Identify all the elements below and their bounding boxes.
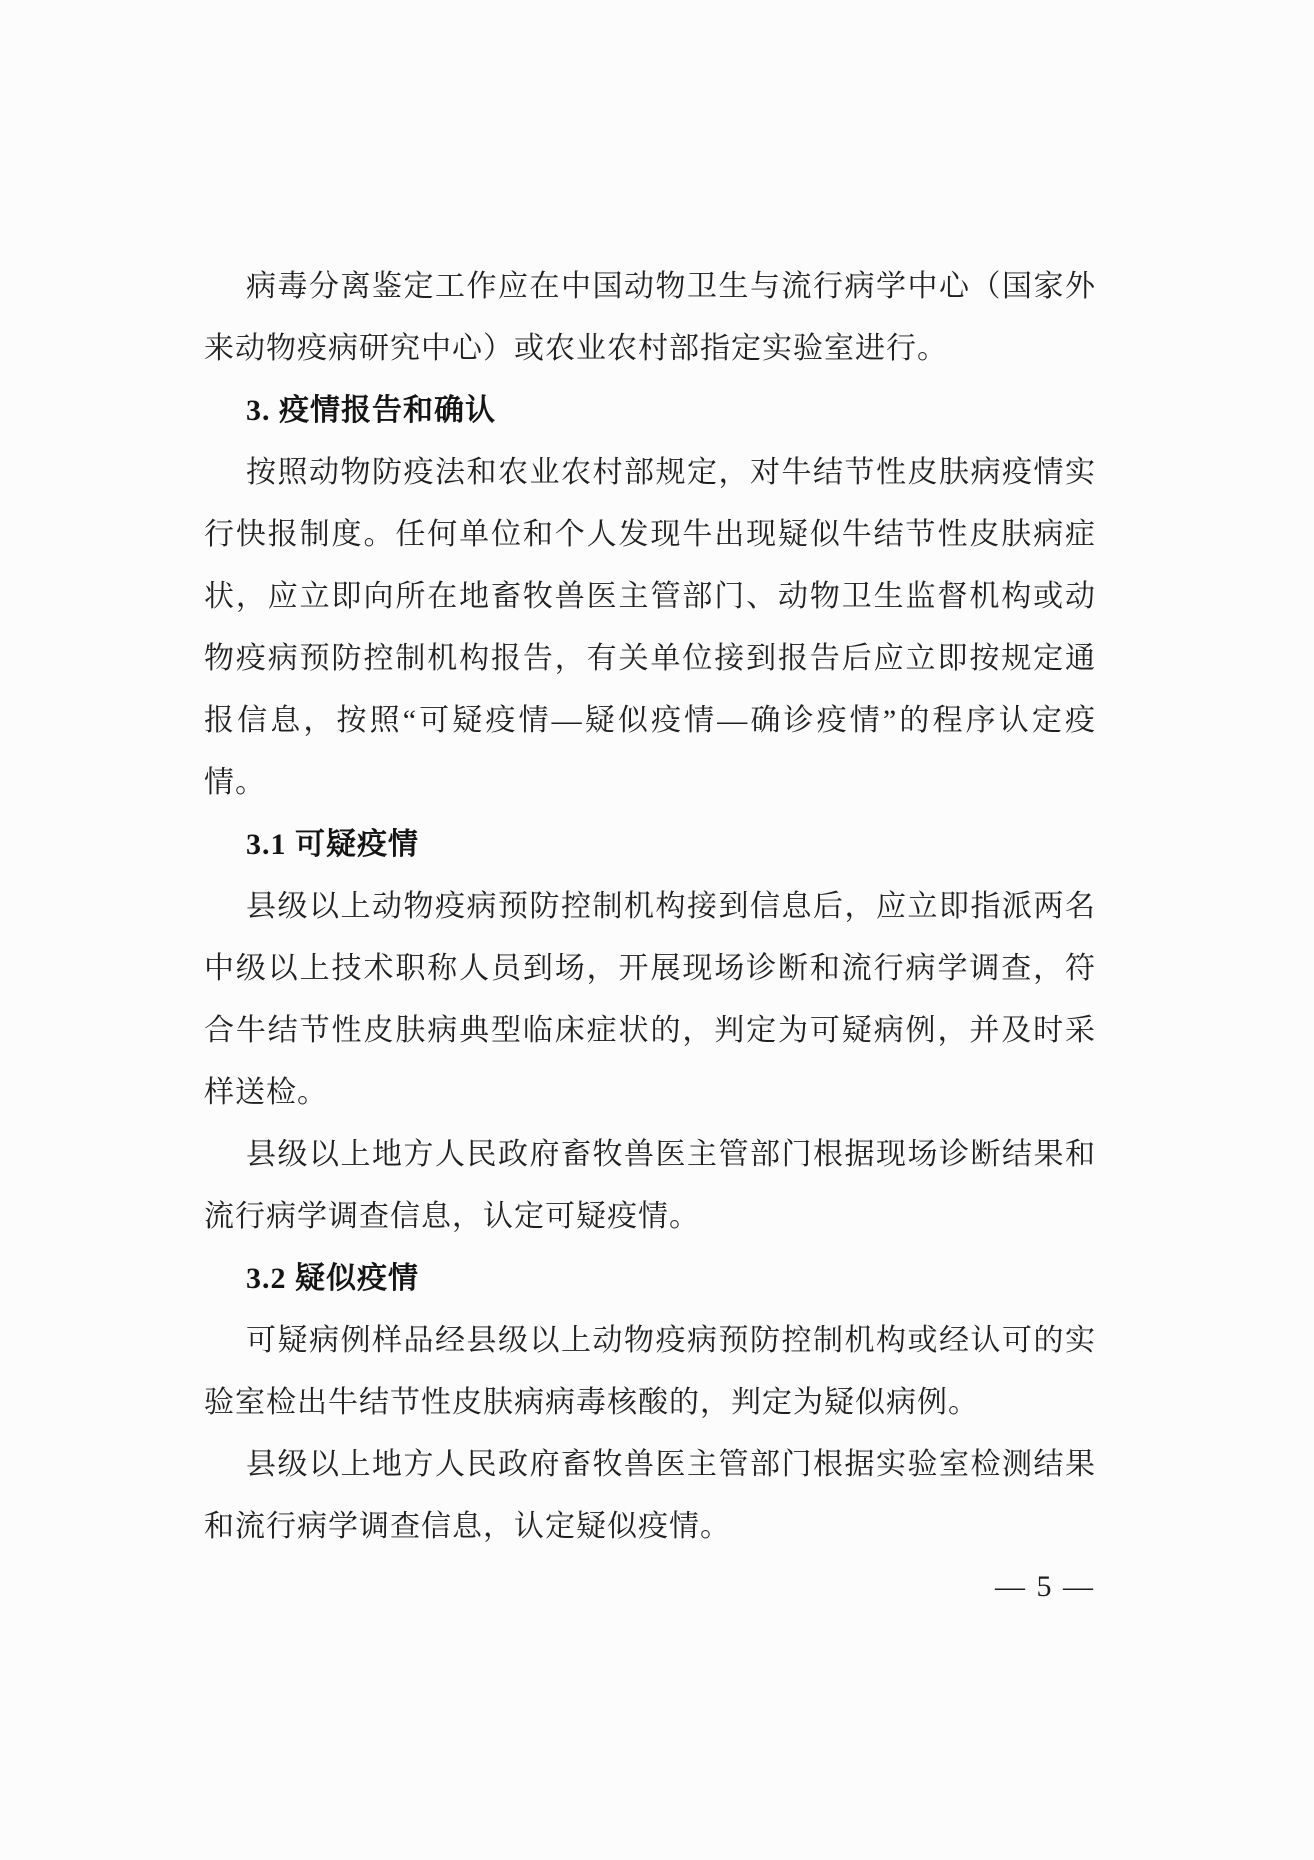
body-paragraph: 按照动物防疫法和农业农村部规定，对牛结节性皮肤病疫情实行快报制度。任何单位和个人… — [204, 442, 1096, 814]
page-footer: — 5 — — [995, 1566, 1095, 1608]
section-heading: 3. 疫情报告和确认 — [204, 380, 1096, 442]
section-heading: 3.2 疑似疫情 — [204, 1248, 1096, 1310]
section-heading: 3.1 可疑疫情 — [204, 814, 1096, 876]
body-paragraph: 病毒分离鉴定工作应在中国动物卫生与流行病学中心（国家外来动物疫病研究中心）或农业… — [204, 256, 1096, 380]
document-page: 病毒分离鉴定工作应在中国动物卫生与流行病学中心（国家外来动物疫病研究中心）或农业… — [0, 0, 1314, 1860]
body-paragraph: 县级以上动物疫病预防控制机构接到信息后，应立即指派两名中级以上技术职称人员到场，… — [204, 876, 1096, 1124]
body-paragraph: 县级以上地方人民政府畜牧兽医主管部门根据实验室检测结果和流行病学调查信息，认定疑… — [204, 1434, 1096, 1558]
body-paragraph: 可疑病例样品经县级以上动物疫病预防控制机构或经认可的实验室检出牛结节性皮肤病病毒… — [204, 1310, 1096, 1434]
document-body: 病毒分离鉴定工作应在中国动物卫生与流行病学中心（国家外来动物疫病研究中心）或农业… — [204, 256, 1096, 1558]
body-paragraph: 县级以上地方人民政府畜牧兽医主管部门根据现场诊断结果和流行病学调查信息，认定可疑… — [204, 1124, 1096, 1248]
page-number: — 5 — — [995, 1570, 1095, 1603]
